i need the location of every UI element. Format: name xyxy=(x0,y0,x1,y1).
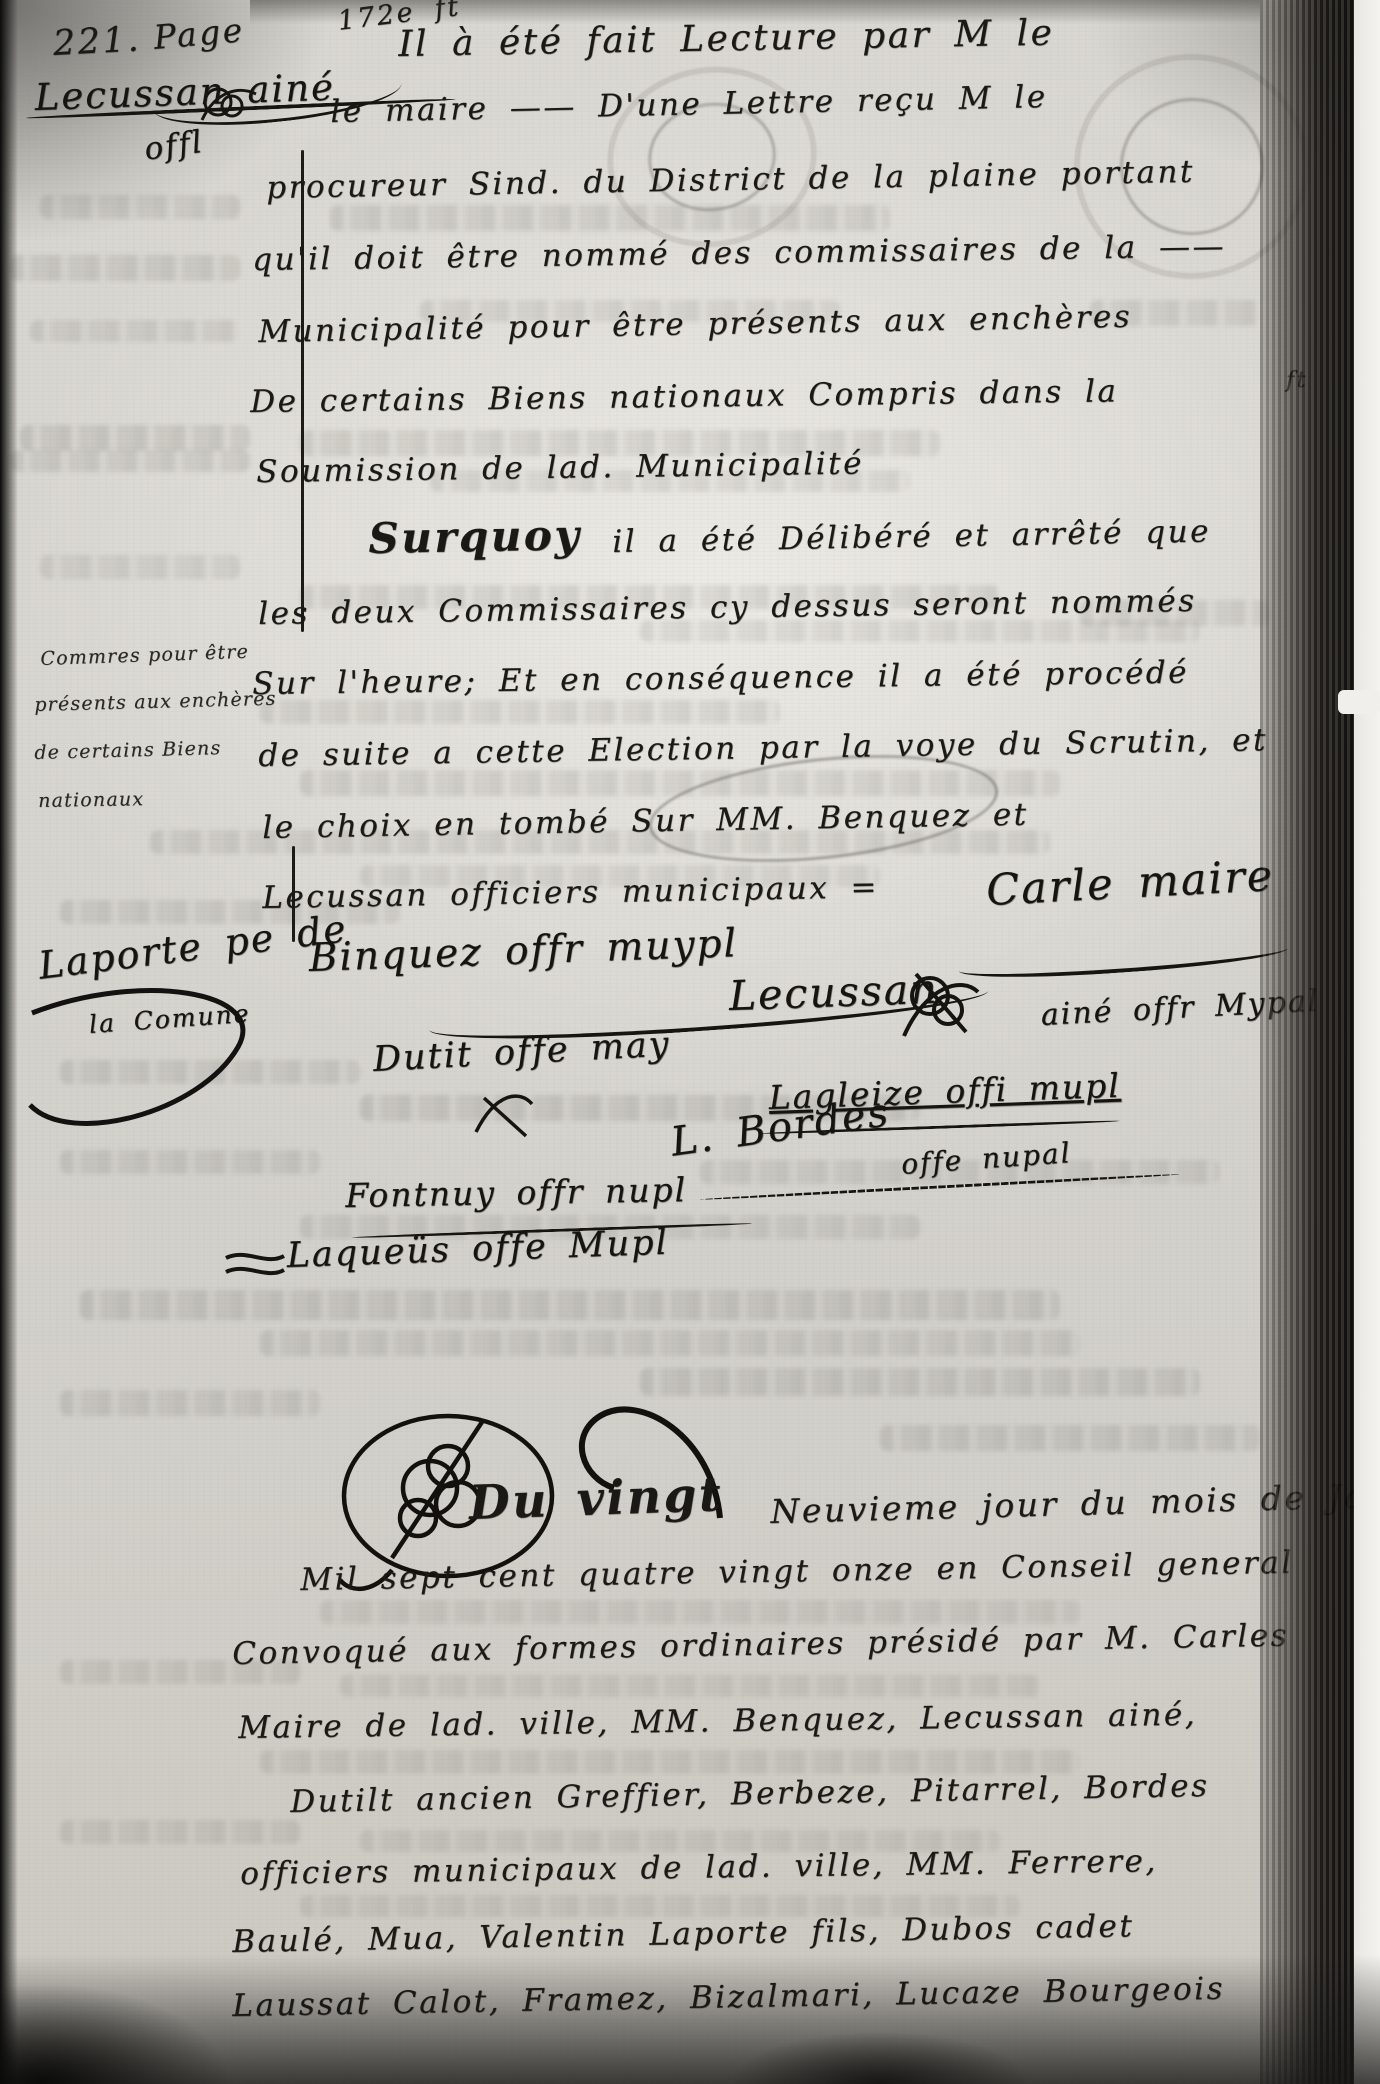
signature-lecussan-suffix: ainé offr Mypal xyxy=(1040,983,1320,1033)
manuscript-line: Maire de lad. ville, MM. Benquez, Lecuss… xyxy=(238,1697,1197,1746)
signature-underline xyxy=(958,935,1289,984)
manuscript-line: qu'il doit être nommé des commissaires d… xyxy=(252,228,1226,278)
bleedthrough-smudge xyxy=(330,205,890,231)
bleedthrough-smudge xyxy=(260,1750,1080,1774)
manuscript-line: Convoqué aux formes ordinaires présidé p… xyxy=(232,1618,1289,1672)
manuscript-line: Neuvieme jour du mois de Janvier xyxy=(770,1474,1380,1531)
manuscript-line: Sur l'heure; Et en conséquence il a été … xyxy=(252,655,1189,702)
bleedthrough-smudge xyxy=(20,425,250,451)
bleedthrough-smudge xyxy=(340,1675,1040,1697)
bleedthrough-smudge xyxy=(60,1150,320,1174)
paraph-flourish xyxy=(196,80,260,126)
bleedthrough-smudge xyxy=(300,770,1060,796)
paraph-flourish xyxy=(468,1088,538,1144)
manuscript-line: Il à été fait Lecture par M le xyxy=(398,13,1055,65)
bleedthrough-smudge xyxy=(30,320,240,342)
right-margin-strip xyxy=(1354,0,1380,2084)
signature-dutit: Dutit offe may xyxy=(372,1024,671,1080)
page-number: 221. xyxy=(52,19,142,64)
signature-flourish xyxy=(222,1246,288,1286)
bleedthrough-smudge xyxy=(40,555,240,579)
left-binding-shadow xyxy=(0,0,18,2084)
manuscript-line: De certains Biens nationaux Compris dans… xyxy=(250,373,1119,420)
paraph-flourish xyxy=(896,966,982,1044)
signature-flourish xyxy=(20,985,290,1145)
manuscript-line: il a été Délibéré et arrêté que xyxy=(612,514,1211,560)
bleedthrough-smudge xyxy=(60,1390,320,1416)
edge-folio-mark: ft xyxy=(1286,368,1308,393)
paragraph-lead-word: Surquoy xyxy=(368,510,582,563)
bleedthrough-smudge xyxy=(260,700,780,724)
entry-opening-words: Du vingt xyxy=(468,1467,724,1531)
manuscript-line: Municipalité pour être présents aux ench… xyxy=(258,299,1132,350)
signature-fontnuy: Fontnuy offr nupl xyxy=(345,1170,688,1215)
manuscript-line: Laussat Calot, Framez, Bizalmari, Lucaze… xyxy=(232,1971,1225,2024)
bleedthrough-smudge xyxy=(10,450,250,472)
bleedthrough-smudge xyxy=(40,195,240,219)
right-page-edge xyxy=(1260,0,1356,2084)
manuscript-line: Dutilt ancien Greffier, Berbeze, Pitarre… xyxy=(290,1768,1210,1820)
right-edge-notch xyxy=(1338,690,1380,714)
margin-note-line: présents aux enchères xyxy=(34,688,277,716)
signature-carle-maire: Carle maire xyxy=(985,851,1275,916)
bleedthrough-smudge xyxy=(60,1820,300,1844)
bleedthrough-smudge xyxy=(10,255,240,281)
bleedthrough-smudge xyxy=(880,1425,1260,1451)
manuscript-line: Lecussan officiers municipaux = xyxy=(262,869,879,916)
margin-note-line: Commres pour être xyxy=(40,641,249,670)
manuscript-page: 221. Page 172e ft ft Lecussan ainé offl … xyxy=(0,0,1380,2084)
margin-note-line: nationaux xyxy=(38,788,144,812)
folio-word: Page xyxy=(152,10,246,57)
bleedthrough-smudge xyxy=(260,1330,1080,1356)
bleedthrough-smudge xyxy=(80,1290,1060,1320)
corner-signature-title: offl xyxy=(142,124,206,168)
bleedthrough-smudge xyxy=(320,1600,1080,1624)
signature-binquez: Binquez offr muypl xyxy=(308,921,739,981)
margin-note-line: de certains Biens xyxy=(34,737,222,764)
manuscript-line: le maire —— D'une Lettre reçu M le xyxy=(330,79,1048,130)
